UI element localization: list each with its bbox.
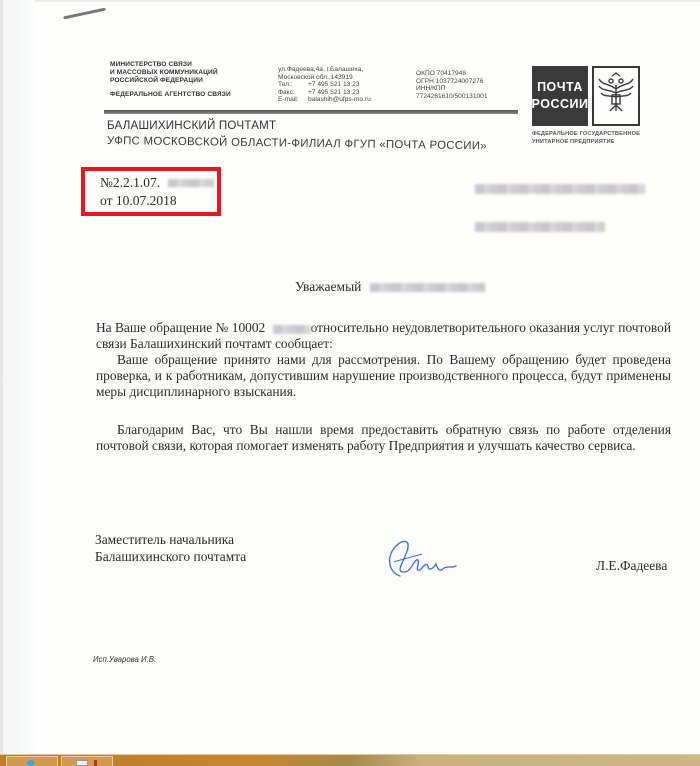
pochta-rossii-logo: ПОЧТА РОССИИ bbox=[532, 66, 640, 126]
taskbar bbox=[0, 754, 700, 766]
header-divider bbox=[104, 110, 518, 114]
taskbar-button-1[interactable] bbox=[6, 756, 58, 766]
signer-name: Л.Е.Фадеева bbox=[596, 558, 667, 574]
document-viewer: МИНИСТЕРСТВО СВЯЗИ И МАССОВЫХ КОММУНИКАЦ… bbox=[0, 0, 700, 754]
document-icon bbox=[76, 760, 88, 766]
signer-title: Заместитель начальника Балашихинского по… bbox=[95, 531, 246, 565]
reference-number: №2.2.1.07. bbox=[100, 175, 160, 191]
office-subtitle: УФПС МОСКОВСКОЙ ОБЛАСТИ-ФИЛИАЛ ФГУП «ПОЧ… bbox=[107, 135, 487, 152]
registration-codes: ОКПО 70417948 ОГРН 1037724007276 ИНН/КПП… bbox=[416, 70, 488, 100]
executor-note: Исп.Уварова И.В. bbox=[93, 655, 156, 664]
redacted-reference-suffix bbox=[168, 179, 214, 187]
eagle-emblem-icon bbox=[592, 66, 640, 126]
redacted-addressee-name bbox=[370, 283, 485, 292]
logo-wordmark: ПОЧТА РОССИИ bbox=[532, 66, 588, 126]
viewer-top-border bbox=[0, 0, 700, 2]
agency-name: ФЕДЕРАЛЬНОЕ АГЕНТСТВО СВЯЗИ bbox=[110, 91, 231, 98]
letter-paragraph-3: Благодарим Вас, что Вы нашли время предо… bbox=[96, 422, 671, 454]
redacted-recipient-address bbox=[475, 222, 605, 232]
address-block: ул.Фадеева,4а, г.Балашиха, Московской об… bbox=[278, 66, 371, 104]
office-name: БАЛАШИХИНСКИЙ ПОЧТАМТ bbox=[107, 119, 276, 132]
handwritten-signature bbox=[382, 532, 462, 582]
pin-icon bbox=[94, 760, 97, 766]
salutation: Уважаемый bbox=[295, 279, 361, 295]
logo-caption: ФЕДЕРАЛЬНОЕ ГОСУДАРСТВЕННОЕ УНИТАРНОЕ ПР… bbox=[532, 130, 640, 146]
ministry-name: МИНИСТЕРСТВО СВЯЗИ И МАССОВЫХ КОММУНИКАЦ… bbox=[110, 61, 218, 86]
letter-paragraph-2: Ваше обращение принято нами для рассмотр… bbox=[96, 352, 671, 399]
scan-shade bbox=[3, 0, 35, 754]
reference-date: от 10.07.2018 bbox=[100, 193, 177, 209]
app-icon bbox=[27, 760, 35, 766]
letter-paragraph-1: На Ваше обращение № 10002 относительно н… bbox=[96, 320, 671, 352]
email-address: balashih@ufps-mo.ru bbox=[308, 96, 371, 104]
redacted-appeal-number bbox=[273, 325, 311, 334]
fax-number: +7 495 521 13 23 bbox=[308, 89, 360, 97]
pen-mark bbox=[63, 8, 106, 20]
redacted-recipient-name bbox=[475, 184, 645, 194]
phone-number: +7 495 521 13 23 bbox=[308, 81, 360, 89]
taskbar-button-2[interactable] bbox=[61, 756, 113, 766]
